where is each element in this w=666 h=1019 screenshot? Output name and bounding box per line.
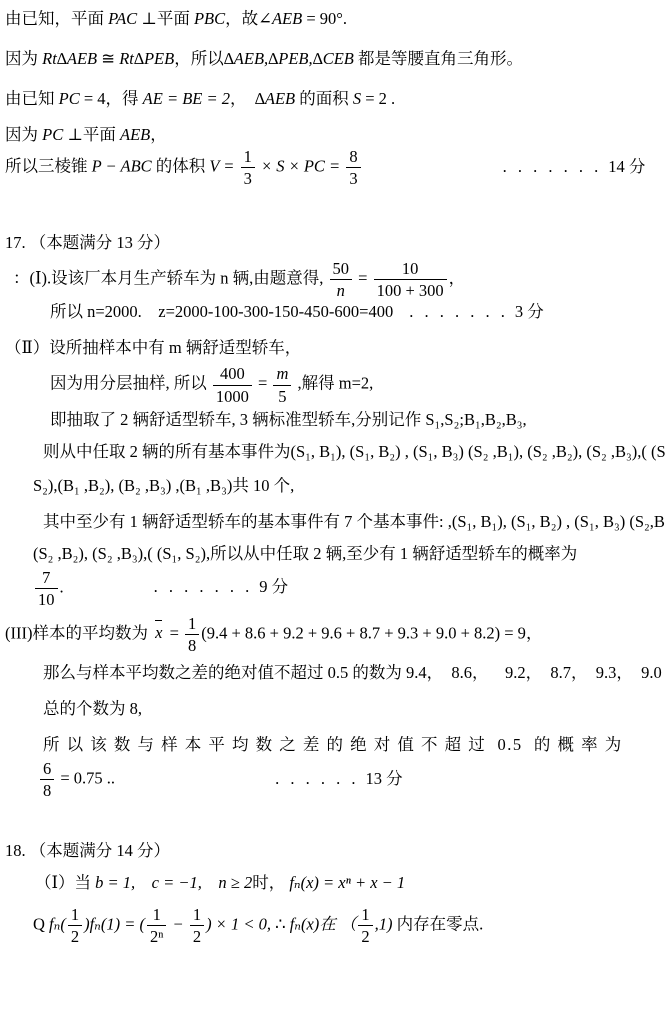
- fraction: 83: [346, 148, 360, 188]
- fraction-numerator: 1: [185, 615, 199, 635]
- s17-favorable-events-line-1: 其中至少有 1 辆舒适型轿车的基本事件有 7 个基本事件: ,(S₁, B₁),…: [5, 511, 666, 533]
- fraction-numerator: 8: [346, 148, 360, 168]
- text-run: 那么与样本平均数之差的绝对值不超过 0.5 的数为 9.4， 8.6， 9.2，…: [43, 663, 666, 682]
- fraction-denominator: 8: [185, 635, 199, 654]
- fraction: m5: [273, 365, 291, 405]
- text-run: ：(Ⅰ).设该厂本月生产轿车为 n 辆,由题意得,: [13, 268, 328, 287]
- text-run: Q: [33, 914, 49, 933]
- s17-probability-result-line: 710.. . . . . . .9 分: [5, 569, 666, 609]
- text-run: S₂),(B₁ ,B₂), (B₂ ,B₃) ,(B₁ ,B₃)共 10 个,: [33, 476, 294, 495]
- fraction-denominator: 2: [68, 926, 82, 945]
- fraction-denominator: 2: [358, 926, 372, 945]
- math-run: fₙ(: [49, 914, 66, 933]
- dotted-leader: . . . . . . .: [154, 577, 250, 596]
- text-run: 内存在零点.: [393, 914, 484, 933]
- math-run: AEB: [265, 89, 295, 108]
- text-run: 所以 n=2000. z=2000-100-300-150-450-600=40…: [50, 302, 393, 321]
- s16-line-2: 因为 Rt∆AEB ≅ Rt∆PEB，所以∆AEB,∆PEB,∆CEB 都是等腰…: [5, 48, 666, 70]
- text-run: =: [165, 623, 183, 642]
- fraction-denominator: 5: [273, 386, 291, 405]
- fraction-denominator: 2: [190, 926, 204, 945]
- fraction: 12: [68, 906, 82, 946]
- s16-line-1: 由已知，平面 PAC ⊥平面 PBC，故∠AEB = 90°.: [5, 8, 666, 30]
- fraction-numerator: 10: [374, 260, 447, 280]
- text-run: （Ⅱ）设所抽样本中有 m 辆舒适型轿车，: [5, 338, 301, 357]
- text-run: ,解得 m=2,: [293, 374, 373, 393]
- fraction: 50n: [330, 260, 353, 300]
- s17-n-solution-line: 所以 n=2000. z=2000-100-300-150-450-600=40…: [5, 301, 666, 323]
- text-run: =: [354, 268, 372, 287]
- text-run: 的体积: [152, 157, 210, 176]
- fraction: 18: [185, 615, 199, 655]
- text-run: 18. （本题满分 14 分）: [5, 841, 170, 860]
- text-run: 则从中任取 2 辆的所有基本事件为(S₁, B₁), (S₁, B₂) , (S…: [43, 442, 666, 461]
- text-run: 因为: [5, 125, 42, 144]
- fraction-numerator: 1: [147, 906, 166, 926]
- s17-part2-line: （Ⅱ）设所抽样本中有 m 辆舒适型轿车，: [5, 337, 666, 359]
- math-run: ) × 1 < 0, ∴ fₙ(x)在 （: [206, 914, 356, 933]
- math-run: PC: [59, 89, 80, 108]
- text-run: 时，: [252, 873, 289, 892]
- text-run: (III)样本的平均数为: [5, 623, 152, 642]
- dotted-leader: . . . . . . .: [503, 157, 599, 176]
- fraction: 10100 + 300: [374, 260, 447, 300]
- math-run: −: [168, 914, 187, 933]
- text-run: ，所以: [174, 49, 224, 68]
- fraction-denominator: n: [330, 280, 353, 299]
- text-run: 所以三棱锥: [5, 157, 92, 176]
- s17-cars-labeling-line: 即抽取了 2 辆舒适型轿车, 3 辆标准型轿车,分别记作 S₁,S₂;B₁,B₂…: [5, 409, 666, 431]
- text-run: ，: [449, 268, 466, 287]
- text-run: ⊥平面: [63, 125, 120, 144]
- fraction-denominator: 10: [35, 589, 58, 608]
- s16-line-3: 由已知 PC = 4，得 AE = BE = 2， ∆AEB 的面积 S = 2…: [5, 88, 666, 110]
- text-run: (S₂ ,B₂), (S₂ ,B₃),( (S₁, S₂),所以从中任取 2 辆…: [33, 544, 577, 563]
- math-run: ∆AEB,∆PEB,∆CEB: [224, 49, 354, 68]
- fraction-denominator: 1000: [213, 386, 252, 405]
- fraction-numerator: m: [273, 365, 291, 385]
- s18-part1-line: （Ⅰ）当 b = 1, c = −1, n ≥ 2时， fₙ(x) = xⁿ +…: [5, 872, 666, 894]
- fraction: 4001000: [213, 365, 252, 405]
- problem-18-section: 18. （本题满分 14 分） （Ⅰ）当 b = 1, c = −1, n ≥ …: [5, 840, 666, 946]
- math-run: AEB: [120, 125, 150, 144]
- fraction: 12: [190, 906, 204, 946]
- text-run: = 2 .: [361, 89, 395, 108]
- math-run: (9.4 + 8.6 + 9.2 + 9.6 + 8.7 + 9.3 + 9.0…: [201, 623, 526, 642]
- text-run: 其中至少有 1 辆舒适型轿车的基本事件有 7 个基本事件: ,(S₁, B₁),…: [43, 512, 666, 531]
- text-run: ，: [526, 623, 543, 642]
- s17-events-line-1: 则从中任取 2 辆的所有基本事件为(S₁, B₁), (S₁, B₂) , (S…: [5, 441, 666, 463]
- text-run: 所 以 该 数 与 样 本 平 均 数 之 差 的 绝 对 值 不 超 过 0.…: [43, 735, 623, 754]
- fraction-denominator: 3: [346, 168, 360, 187]
- fraction: 13: [241, 148, 255, 188]
- fraction-numerator: 1: [241, 148, 255, 168]
- math-run: PC: [42, 125, 63, 144]
- score-label: 9 分: [259, 577, 288, 596]
- text-run: =: [254, 374, 272, 393]
- math-run: ,1): [375, 914, 393, 933]
- text-run: = 0.75 ..: [56, 769, 115, 788]
- problem-17-section: 17. （本题满分 13 分） ：(Ⅰ).设该厂本月生产轿车为 n 辆,由题意得…: [5, 232, 666, 800]
- fraction: 68: [40, 760, 54, 800]
- fraction-denominator: 2ⁿ: [147, 926, 166, 945]
- score-label: 14 分: [608, 157, 645, 176]
- math-run: Rt∆AEB ≅ Rt∆PEB: [42, 49, 174, 68]
- score-label: 3 分: [515, 302, 544, 321]
- exam-solution-page: 由已知，平面 PAC ⊥平面 PBC，故∠AEB = 90°. 因为 Rt∆AE…: [0, 0, 666, 1019]
- math-run: × S × PC =: [257, 157, 345, 176]
- text-run: = 90°.: [302, 9, 347, 28]
- solution-16-section: 由已知，平面 PAC ⊥平面 PBC，故∠AEB = 90°. 因为 Rt∆AE…: [5, 8, 666, 188]
- s17-stratified-sampling-line: 因为用分层抽样, 所以 4001000 = m5 ,解得 m=2,: [5, 365, 666, 405]
- fraction-denominator: 3: [241, 168, 255, 187]
- math-run: b = 1, c = −1, n ≥ 2: [95, 873, 252, 892]
- math-run: PAC: [108, 9, 137, 28]
- s16-volume-formula-line: 所以三棱锥 P − ABC 的体积 V = 13 × S × PC = 83. …: [5, 148, 666, 188]
- math-run: )fₙ(1) = (: [84, 914, 145, 933]
- s17-events-line-2: S₂),(B₁ ,B₂), (B₂ ,B₃) ,(B₁ ,B₃)共 10 个,: [5, 475, 666, 497]
- text-run: 由已知: [5, 89, 59, 108]
- math-run: P − ABC: [92, 157, 152, 176]
- s18-zero-point-line: Q fₙ(12)fₙ(1) = (12ⁿ − 12) × 1 < 0, ∴ fₙ…: [5, 906, 666, 946]
- fraction-denominator: 8: [40, 780, 54, 799]
- fraction-numerator: 1: [358, 906, 372, 926]
- math-run: AE = BE = 2: [143, 89, 230, 108]
- fraction: 12ⁿ: [147, 906, 166, 946]
- score-label: 13 分: [365, 769, 402, 788]
- s16-line-4: 因为 PC ⊥平面 AEB，: [5, 124, 666, 146]
- s17-favorable-events-line-2: (S₂ ,B₂), (S₂ ,B₃),( (S₁, S₂),所以从中任取 2 辆…: [5, 543, 666, 565]
- math-run: fₙ(x) = xⁿ + x − 1: [289, 873, 405, 892]
- text-run: ，: [150, 125, 167, 144]
- dotted-leader: . . . . . .: [275, 769, 355, 788]
- fraction-numerator: 6: [40, 760, 54, 780]
- x-bar-symbol: x: [152, 623, 165, 642]
- s17-total-count-line: 总的个数为 8,: [5, 698, 666, 720]
- fraction-numerator: 50: [330, 260, 353, 280]
- text-run: 的面积: [295, 89, 353, 108]
- text-run: = 4，得: [80, 89, 143, 108]
- math-run: S: [353, 89, 361, 108]
- s17-part1-line: ：(Ⅰ).设该厂本月生产轿车为 n 辆,由题意得, 50n = 10100 + …: [5, 260, 666, 300]
- fraction-numerator: 400: [213, 365, 252, 385]
- text-run: 17. （本题满分 13 分）: [5, 233, 170, 252]
- text-run: 即抽取了 2 辆舒适型轿车, 3 辆标准型轿车,分别记作 S₁,S₂;B₁,B₂…: [50, 410, 527, 429]
- fraction: 12: [358, 906, 372, 946]
- text-run: .: [60, 577, 64, 596]
- problem-18-header: 18. （本题满分 14 分）: [5, 840, 666, 862]
- text-run: ，故∠: [225, 9, 272, 28]
- fraction-numerator: 1: [68, 906, 82, 926]
- s17-final-probability-line: 68 = 0.75 ... . . . . .13 分: [5, 760, 666, 800]
- fraction-numerator: 1: [190, 906, 204, 926]
- fraction-denominator: 100 + 300: [374, 280, 447, 299]
- text-run: ⊥平面: [137, 9, 194, 28]
- text-run: 因为用分层抽样, 所以: [50, 374, 211, 393]
- fraction-numerator: 7: [35, 569, 58, 589]
- math-run: PBC: [194, 9, 225, 28]
- text-run: 都是等腰直角三角形。: [354, 49, 523, 68]
- text-run: 因为: [5, 49, 42, 68]
- text-run: ， ∆: [230, 89, 265, 108]
- math-run: V =: [209, 157, 238, 176]
- text-run: （Ⅰ）当: [35, 873, 95, 892]
- problem-17-header: 17. （本题满分 13 分）: [5, 232, 666, 254]
- fraction: 710: [35, 569, 58, 609]
- s17-conclusion-line: 所 以 该 数 与 样 本 平 均 数 之 差 的 绝 对 值 不 超 过 0.…: [5, 734, 666, 756]
- text-run: 由已知，平面: [5, 9, 108, 28]
- text-run: 总的个数为 8,: [43, 699, 142, 718]
- dotted-leader: . . . . . . .: [409, 302, 505, 321]
- s17-qualifying-numbers-line: 那么与样本平均数之差的绝对值不超过 0.5 的数为 9.4， 8.6， 9.2，…: [5, 662, 666, 684]
- math-run: AEB: [272, 9, 302, 28]
- s17-part3-mean-line: (III)样本的平均数为 x = 18(9.4 + 8.6 + 9.2 + 9.…: [5, 615, 666, 655]
